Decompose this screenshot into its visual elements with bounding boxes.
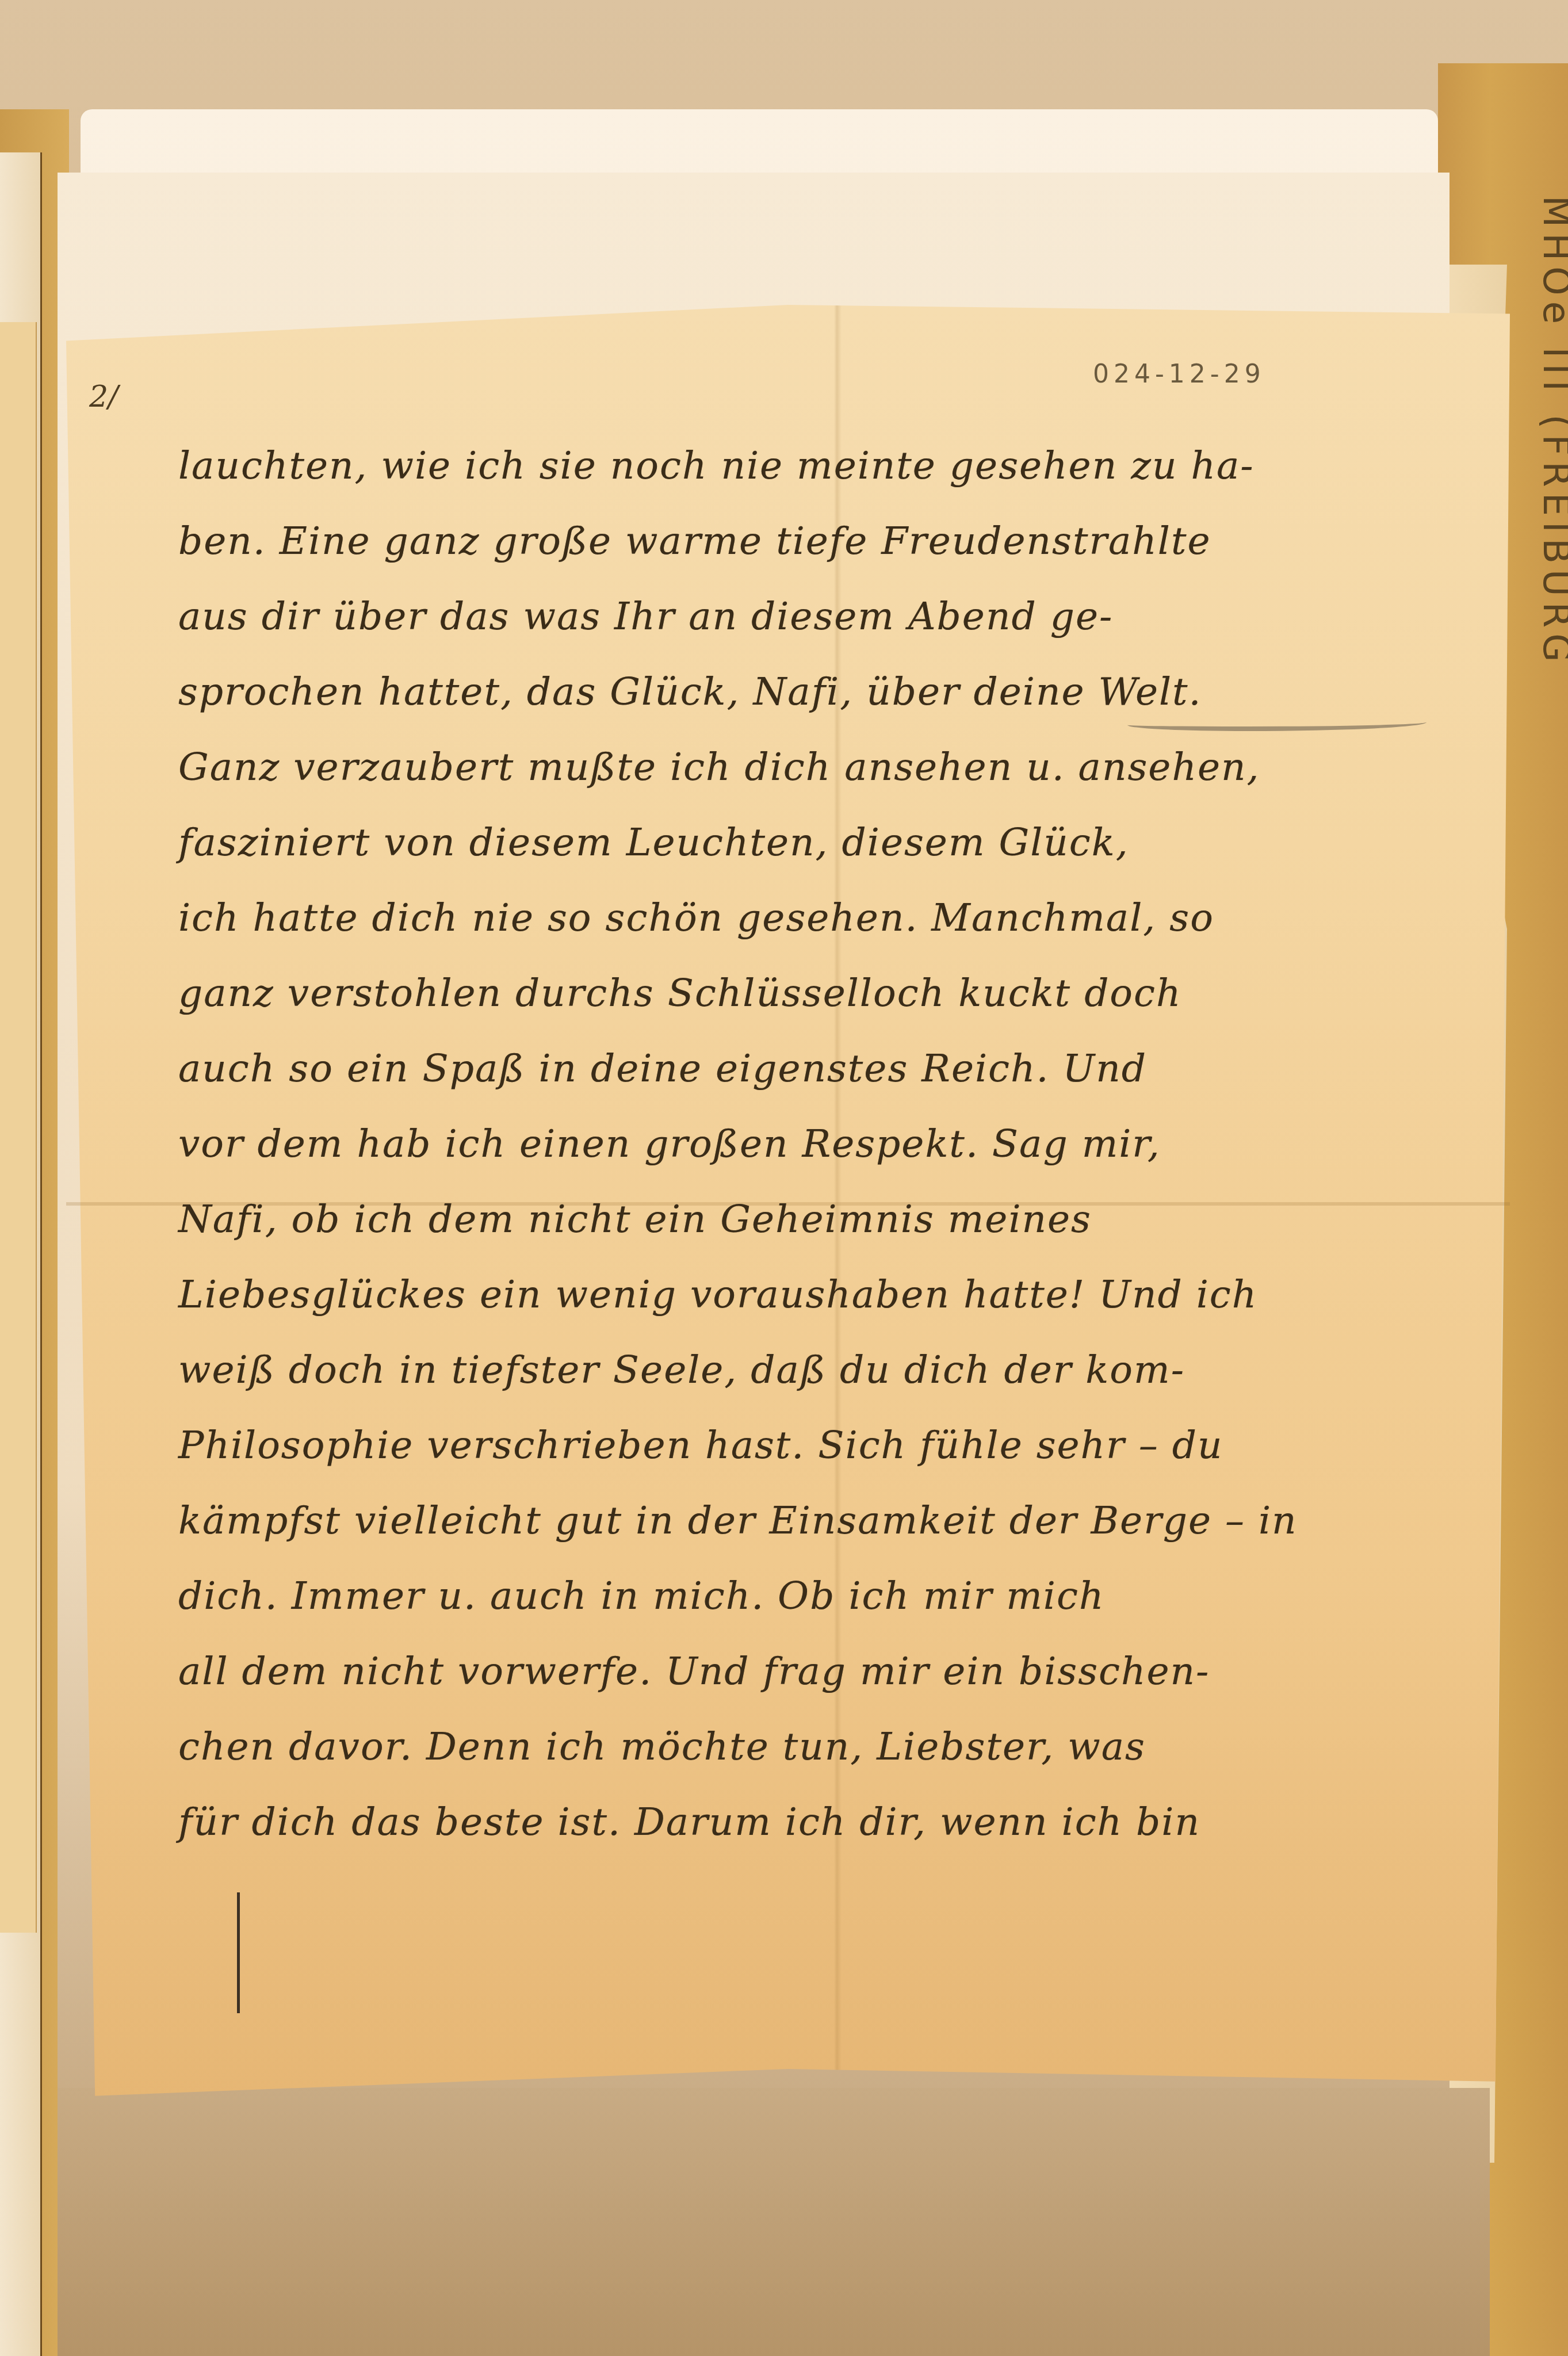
letter-line: fasziniert von diesem Leuchten, diesem G… (178, 814, 1467, 889)
letter-body: lauchten, wie ich sie noch nie meinte ge… (178, 437, 1467, 1869)
letter-line: kämpfst vielleicht gut in der Einsamkeit… (178, 1492, 1467, 1567)
letter-line: vor dem hab ich einen großen Respekt. Sa… (178, 1115, 1467, 1191)
margin-bar-mark (237, 1892, 240, 2013)
letter-line: lauchten, wie ich sie noch nie meinte ge… (178, 437, 1467, 512)
letter-line: Philosophie verschrieben hast. Sich fühl… (178, 1417, 1467, 1492)
folder-label: MHOe III (FREIBURG (1535, 196, 1568, 668)
letter-line: all dem nicht vorwerfe. Und frag mir ein… (178, 1643, 1467, 1718)
letter-line: Liebesglückes ein wenig voraushaben hatt… (178, 1266, 1467, 1341)
lower-backing-sheet (58, 2088, 1490, 2356)
letter-line: weiß doch in tiefster Seele, daß du dich… (178, 1341, 1467, 1417)
letter-line: aus dir über das was Ihr an diesem Abend… (178, 588, 1467, 663)
archive-number: 024-12-29 (1093, 359, 1265, 389)
letter-line: auch so ein Spaß in deine eigenstes Reic… (178, 1040, 1467, 1115)
letter-line: ganz verstohlen durchs Schlüsselloch kuc… (178, 965, 1467, 1040)
letter-line: dich. Immer u. auch in mich. Ob ich mir … (178, 1567, 1467, 1643)
letter-line: Ganz verzaubert mußte ich dich ansehen u… (178, 739, 1467, 814)
letter-line: chen davor. Denn ich möchte tun, Liebste… (178, 1718, 1467, 1793)
page-number: 2/ (89, 380, 118, 414)
letter-line: ben. Eine ganz große warme tiefe Freuden… (178, 512, 1467, 588)
letter-line: für dich das beste ist. Darum ich dir, w… (178, 1793, 1467, 1869)
letter-line: ich hatte dich nie so schön gesehen. Man… (178, 889, 1467, 965)
left-adjacent-letter (0, 322, 37, 1933)
letter-line: Nafi, ob ich dem nicht ein Geheimnis mei… (178, 1191, 1467, 1266)
